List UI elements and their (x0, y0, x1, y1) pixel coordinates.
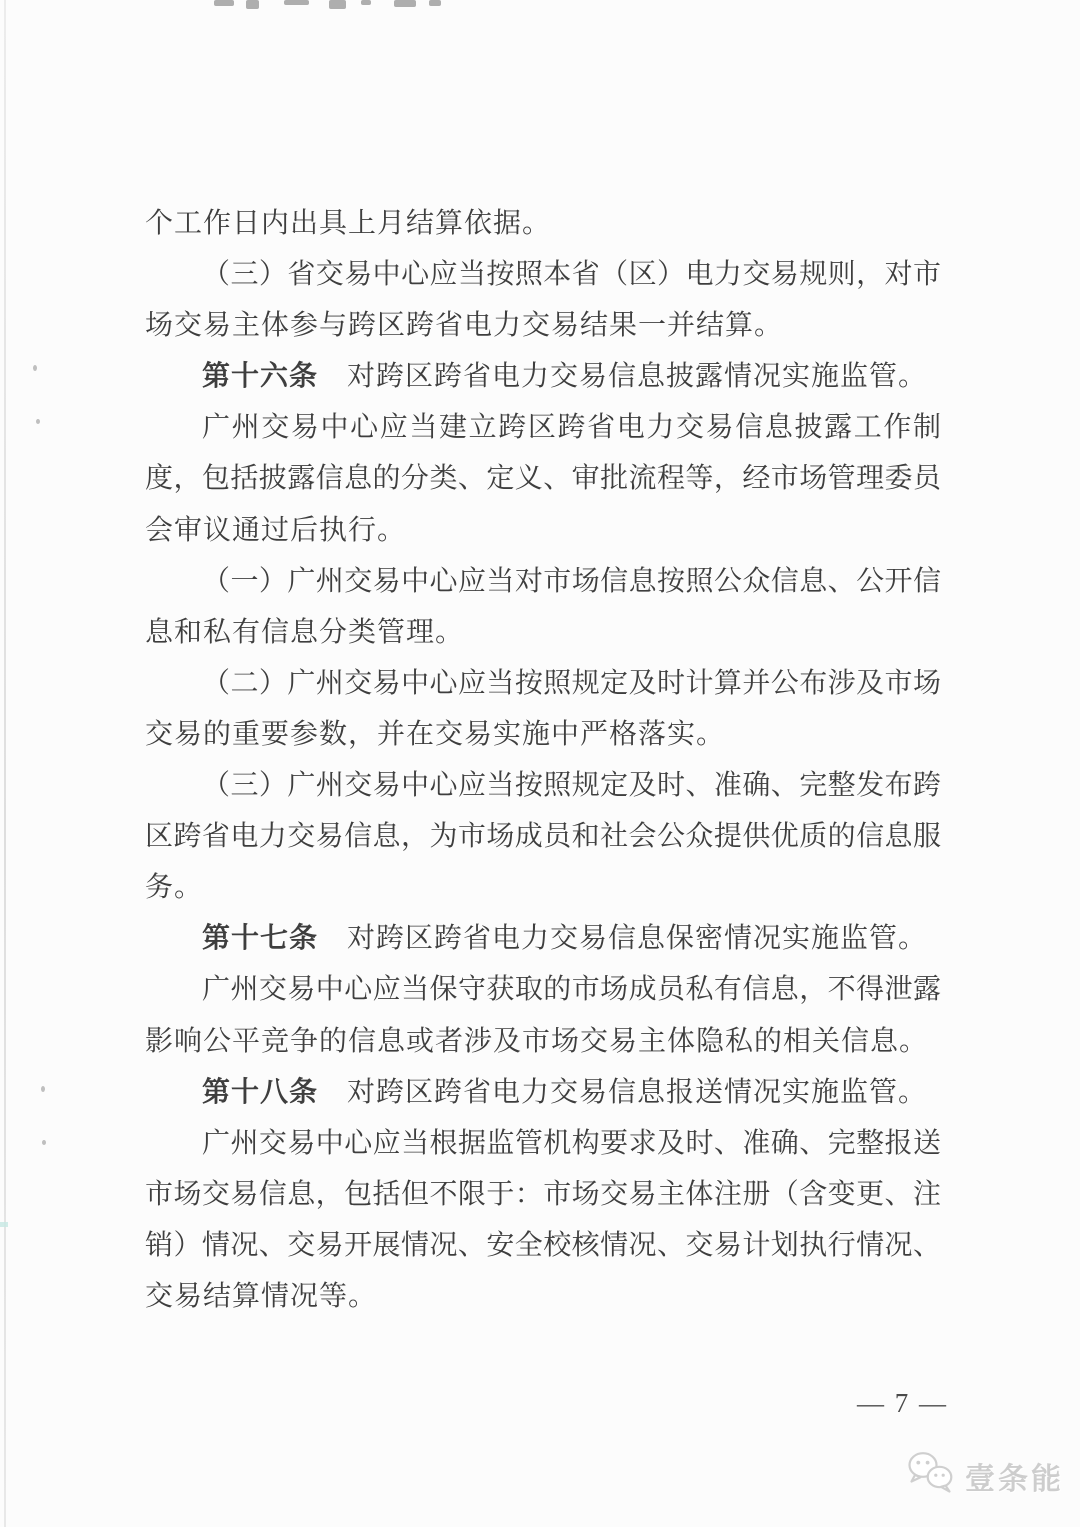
text-line: 第十八条 对跨区跨省电力交易信息报送情况实施监管。 (145, 1067, 941, 1118)
clause-number: 第十七条 (202, 923, 318, 954)
text-line: 交易的重要参数，并在交易实施中严格落实。 (145, 709, 941, 760)
line-text: 对跨区跨省电力交易信息披露情况实施监管。 (318, 361, 927, 392)
text-line: 第十七条 对跨区跨省电力交易信息保密情况实施监管。 (145, 913, 941, 964)
line-text: 影响公平竞争的信息或者涉及市场交易主体隐私的相关信息。 (145, 1026, 928, 1057)
line-text: 广州交易中心应当建立跨区跨省电力交易信息披露工作制 (202, 412, 941, 443)
wechat-icon (906, 1450, 958, 1501)
line-text: 区跨省电力交易信息，为市场成员和社会公众提供优质的信息服 (145, 821, 941, 852)
text-line: （三）省交易中心应当按照本省（区）电力交易规则，对市 (145, 249, 941, 300)
line-text: （三）广州交易中心应当按照规定及时、准确、完整发布跨 (202, 770, 941, 801)
scan-edge-line (4, 0, 6, 1527)
line-text: 度，包括披露信息的分类、定义、审批流程等，经市场管理委员 (145, 463, 941, 494)
line-text: 会审议通过后执行。 (145, 515, 406, 546)
line-text: 广州交易中心应当保守获取的市场成员私有信息，不得泄露 (202, 974, 941, 1005)
line-text: 务。 (145, 872, 203, 903)
text-line: 会审议通过后执行。 (145, 505, 941, 556)
text-line: 广州交易中心应当根据监管机构要求及时、准确、完整报送 (145, 1118, 941, 1169)
line-text: 交易结算情况等。 (145, 1281, 377, 1312)
text-line: 广州交易中心应当建立跨区跨省电力交易信息披露工作制 (145, 402, 941, 453)
line-text: （二）广州交易中心应当按照规定及时计算并公布涉及市场 (202, 668, 941, 699)
text-line: 息和私有信息分类管理。 (145, 607, 941, 658)
text-line: （二）广州交易中心应当按照规定及时计算并公布涉及市场 (145, 658, 941, 709)
text-line: （三）广州交易中心应当按照规定及时、准确、完整发布跨 (145, 760, 941, 811)
clause-number: 第十六条 (202, 361, 318, 392)
text-line: 场交易主体参与跨区跨省电力交易结果一并结算。 (145, 300, 941, 351)
line-text: 销）情况、交易开展情况、安全校核情况、交易计划执行情况、 (145, 1230, 941, 1261)
text-line: 度，包括披露信息的分类、定义、审批流程等，经市场管理委员 (145, 453, 941, 504)
line-text: （一）广州交易中心应当对市场信息按照公众信息、公开信 (202, 566, 941, 597)
text-line: 影响公平竞争的信息或者涉及市场交易主体隐私的相关信息。 (145, 1016, 941, 1067)
text-line: 第十六条 对跨区跨省电力交易信息披露情况实施监管。 (145, 351, 941, 402)
line-text: 息和私有信息分类管理。 (145, 617, 464, 648)
scan-speck (41, 1086, 45, 1092)
scan-tick (0, 1222, 8, 1227)
text-line: 区跨省电力交易信息，为市场成员和社会公众提供优质的信息服 (145, 811, 941, 862)
text-line: 广州交易中心应当保守获取的市场成员私有信息，不得泄露 (145, 964, 941, 1015)
text-line: 个工作日内出具上月结算依据。 (145, 198, 941, 249)
line-text: 对跨区跨省电力交易信息报送情况实施监管。 (318, 1077, 927, 1108)
scan-speck (33, 365, 37, 371)
text-line: 销）情况、交易开展情况、安全校核情况、交易计划执行情况、 (145, 1220, 941, 1271)
scan-speck (36, 419, 40, 424)
clause-number: 第十八条 (202, 1077, 318, 1108)
text-line: 市场交易信息，包括但不限于：市场交易主体注册（含变更、注 (145, 1169, 941, 1220)
scan-speck (42, 1140, 46, 1145)
line-text: 场交易主体参与跨区跨省电力交易结果一并结算。 (145, 310, 783, 341)
line-text: 交易的重要参数，并在交易实施中严格落实。 (145, 719, 725, 750)
line-text: 个工作日内出具上月结算依据。 (145, 208, 551, 239)
page-number: — 7 — (850, 1388, 955, 1419)
line-text: 市场交易信息，包括但不限于：市场交易主体注册（含变更、注 (145, 1179, 941, 1210)
text-line: 务。 (145, 862, 941, 913)
line-text: 对跨区跨省电力交易信息保密情况实施监管。 (318, 923, 927, 954)
document-text: 个工作日内出具上月结算依据。 （三）省交易中心应当按照本省（区）电力交易规则，对… (145, 198, 941, 1322)
line-text: 广州交易中心应当根据监管机构要求及时、准确、完整报送 (202, 1128, 941, 1159)
watermark-label: 壹条能 (965, 1454, 1064, 1498)
text-line: （一）广州交易中心应当对市场信息按照公众信息、公开信 (145, 556, 941, 607)
text-line: 交易结算情况等。 (145, 1271, 941, 1322)
line-text: （三）省交易中心应当按照本省（区）电力交易规则，对市 (202, 259, 941, 290)
watermark: 壹条能 (906, 1450, 1064, 1501)
